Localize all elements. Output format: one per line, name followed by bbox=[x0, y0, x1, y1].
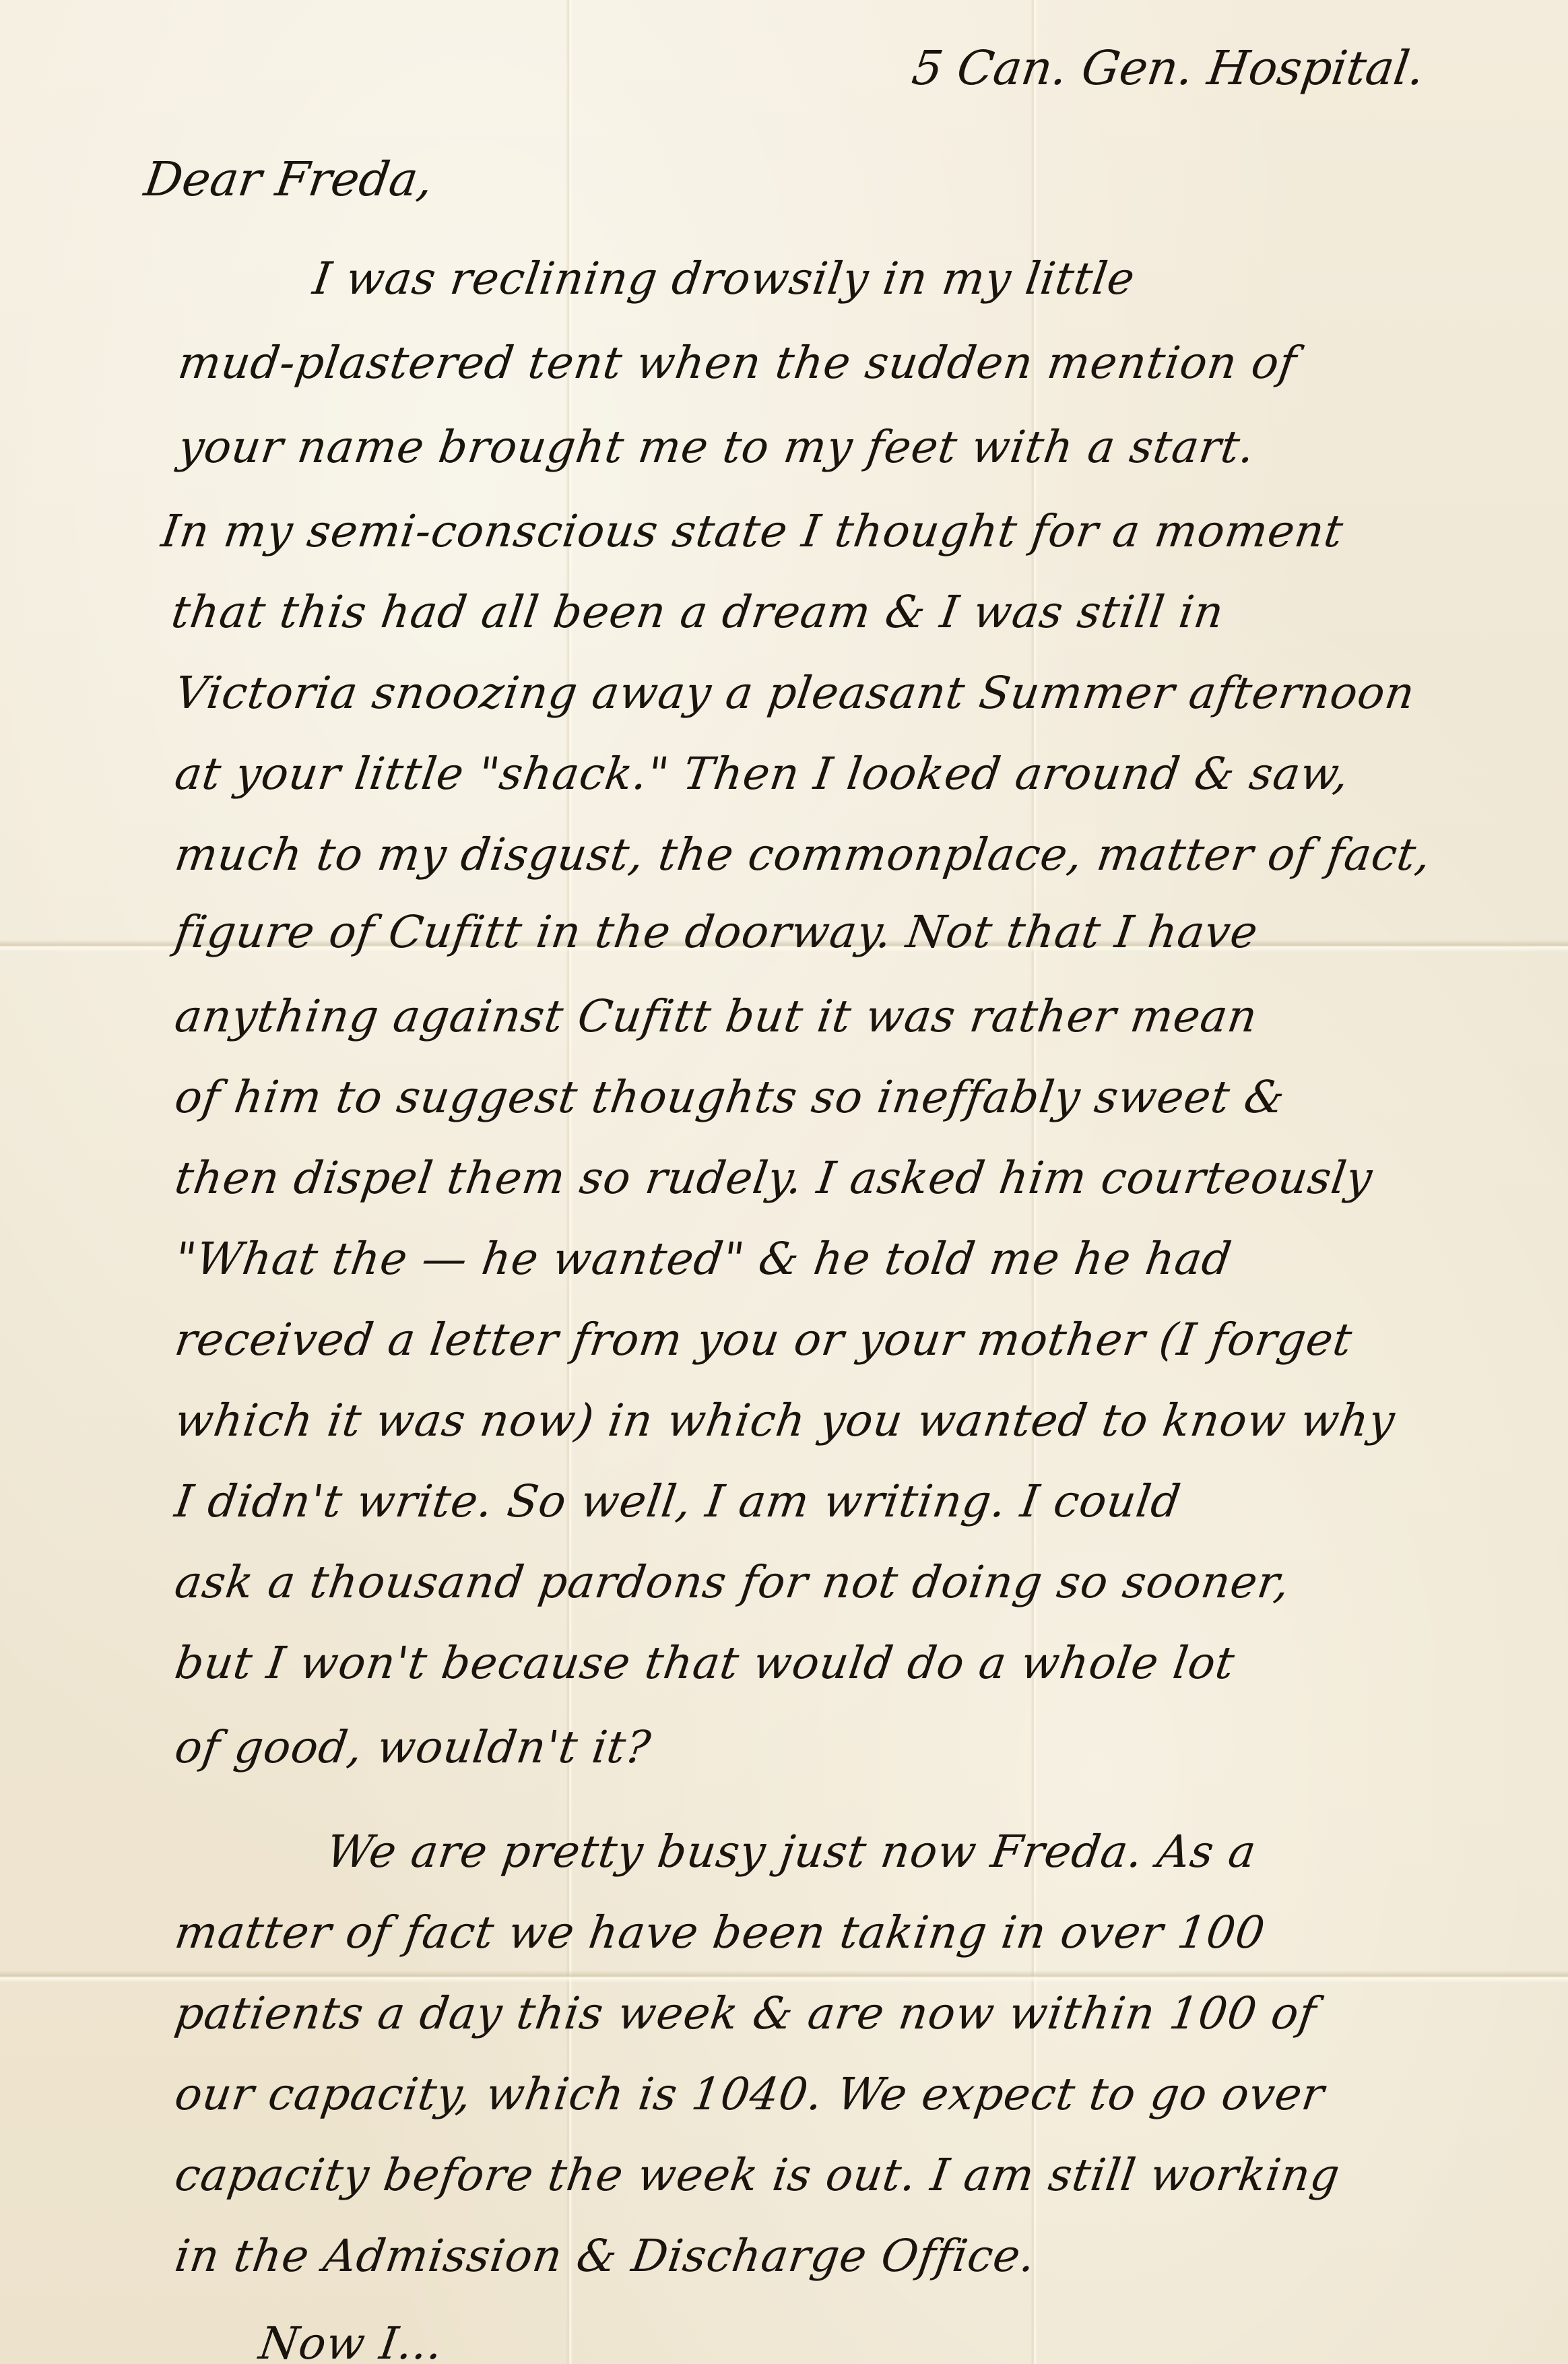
letter-line: "What the — he wanted" & he told me he h… bbox=[172, 1233, 1235, 1285]
letter-line: patients a day this week & are now withi… bbox=[172, 1987, 1319, 2039]
letter-line: of him to suggest thoughts so ineffably … bbox=[172, 1071, 1288, 1123]
letter-line: that this had all been a dream & I was s… bbox=[168, 586, 1227, 638]
letter-line: mud-plastered tent when the sudden menti… bbox=[175, 337, 1300, 389]
letter-line: Victoria snoozing away a pleasant Summer… bbox=[172, 667, 1418, 719]
letter-line: I was reclining drowsily in my little bbox=[310, 253, 1138, 305]
letter-line: I didn't write. So well, I am writing. I… bbox=[172, 1475, 1184, 1527]
letter-line: received a letter from you or your mothe… bbox=[172, 1314, 1356, 1366]
letter-line: matter of fact we have been taking in ov… bbox=[172, 1907, 1268, 1958]
letter-line: capacity before the week is out. I am st… bbox=[172, 2149, 1343, 2201]
letter-line: then dispel them so rudely. I asked him … bbox=[172, 1152, 1376, 1204]
letter-line: at your little "shack." Then I looked ar… bbox=[172, 748, 1352, 800]
letter-line: anything against Cufitt but it was rathe… bbox=[172, 990, 1261, 1042]
letter-line: of good, wouldn't it? bbox=[172, 1721, 654, 1773]
letter-salutation: Dear Freda, bbox=[141, 152, 436, 207]
letter-line: In my semi-conscious state I thought for… bbox=[158, 505, 1346, 557]
letter-line: much to my disgust, the commonplace, mat… bbox=[172, 829, 1435, 881]
letter-line: ask a thousand pardons for not doing so … bbox=[172, 1556, 1293, 1608]
letter-location-header: 5 Can. Gen. Hospital. bbox=[909, 40, 1428, 96]
letter-line: We are pretty busy just now Freda. As a bbox=[323, 1826, 1260, 1878]
letter-line: but I won't because that would do a whol… bbox=[172, 1637, 1238, 1689]
letter-line: your name brought me to my feet with a s… bbox=[175, 421, 1258, 473]
letter-line: which it was now) in which you wanted to… bbox=[172, 1395, 1398, 1446]
letter-line-cut-off: Now I... bbox=[256, 2318, 447, 2364]
letter-line: our capacity, which is 1040. We expect t… bbox=[172, 2068, 1328, 2120]
letter-line: figure of Cufitt in the doorway. Not tha… bbox=[172, 906, 1262, 958]
letter-line: in the Admission & Discharge Office. bbox=[172, 2230, 1039, 2282]
handwritten-letter: 5 Can. Gen. Hospital. Dear Freda, I was … bbox=[0, 0, 1568, 2364]
